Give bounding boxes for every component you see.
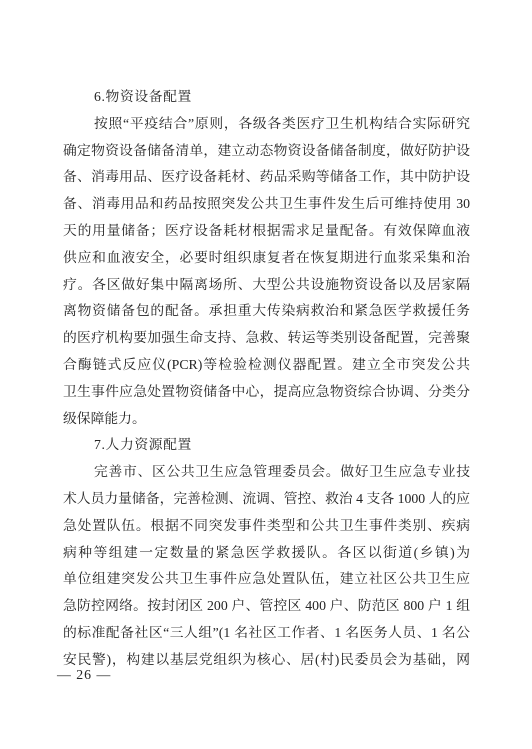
text-line: 按照“平疫结合”原则，各级各类医疗卫生机构结合实际研究 bbox=[63, 111, 470, 138]
text-line: 确定物资设备储备清单，建立动态物资设备储备制度，做好防护设 bbox=[63, 138, 470, 165]
text-line: 卫生事件应急处置物资储备中心，提高应急物资综合协调、分类分 bbox=[63, 379, 470, 406]
document-page: 6.物资设备配置按照“平疫结合”原则，各级各类医疗卫生机构结合实际研究确定物资设… bbox=[0, 0, 532, 749]
text-line: 术人员力量储备，完善检测、流调、管控、救治 4 支各 1000 人的应 bbox=[63, 486, 470, 513]
document-body: 6.物资设备配置按照“平疫结合”原则，各级各类医疗卫生机构结合实际研究确定物资设… bbox=[63, 84, 470, 674]
section-heading: 7.人力资源配置 bbox=[63, 432, 470, 459]
text-line: 病种等组建一定数量的紧急医学救援队。各区以街道(乡镇)为 bbox=[63, 540, 470, 567]
text-line: 级保障能力。 bbox=[63, 406, 470, 433]
text-line: 完善市、区公共卫生应急管理委员会。做好卫生应急专业技 bbox=[63, 459, 470, 486]
text-line: 急防控网络。按封闭区 200 户、管控区 400 户、防范区 800 户 1 组 bbox=[63, 593, 470, 620]
text-line: 的标准配备社区“三人组”(1 名社区工作者、1 名医务人员、1 名公 bbox=[63, 620, 470, 647]
text-line: 供应和血液安全，必要时组织康复者在恢复期进行血浆采集和治 bbox=[63, 245, 470, 272]
page-number: — 26 — bbox=[57, 665, 111, 685]
text-line: 的医疗机构要加强生命支持、急救、转运等类别设备配置，完善聚 bbox=[63, 325, 470, 352]
text-line: 单位组建突发公共卫生事件应急处置队伍，建立社区公共卫生应 bbox=[63, 566, 470, 593]
text-line: 合酶链式反应仪(PCR)等检验检测仪器配置。建立全市突发公共 bbox=[63, 352, 470, 379]
section-heading: 6.物资设备配置 bbox=[63, 84, 470, 111]
text-line: 安民警)，构建以基层党组织为核心、居(村)民委员会为基础，网 bbox=[63, 647, 470, 674]
text-line: 备、消毒用品和药品按照突发公共卫生事件发生后可维持使用 30 bbox=[63, 191, 470, 218]
text-line: 备、消毒用品、医疗设备耗材、药品采购等储备工作，其中防护设 bbox=[63, 164, 470, 191]
text-line: 离物资储备包的配备。承担重大传染病救治和紧急医学救援任务 bbox=[63, 298, 470, 325]
text-line: 急处置队伍。根据不同突发事件类型和公共卫生事件类别、疾病 bbox=[63, 513, 470, 540]
text-line: 疗。各区做好集中隔离场所、大型公共设施物资设备以及居家隔 bbox=[63, 272, 470, 299]
text-line: 天的用量储备；医疗设备耗材根据需求足量配备。有效保障血液 bbox=[63, 218, 470, 245]
